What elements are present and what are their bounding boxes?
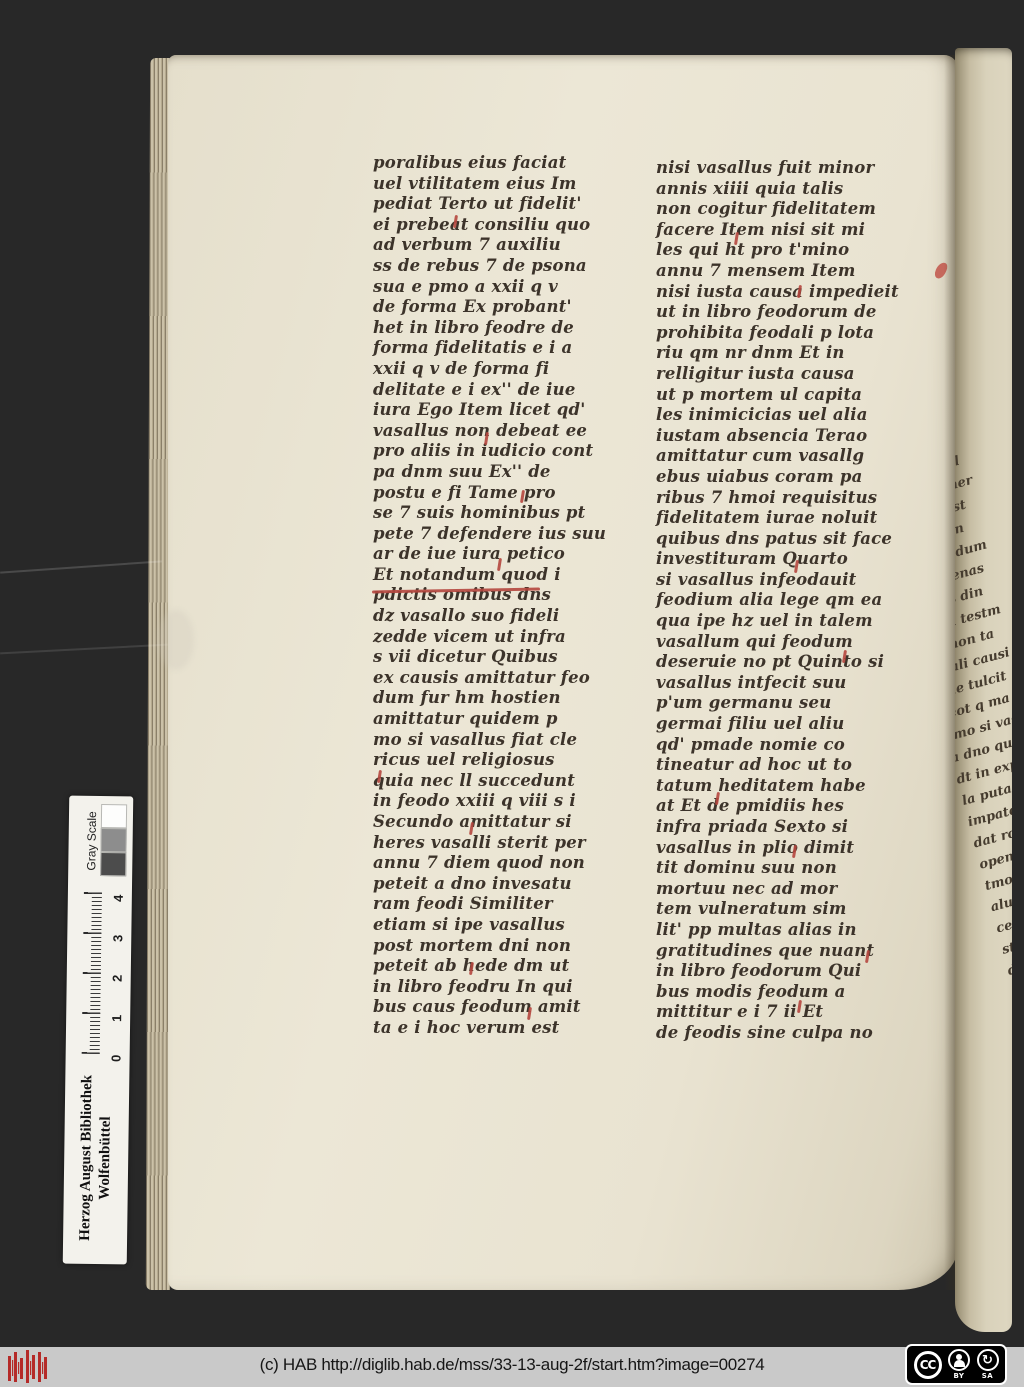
ruler-numbers: 43210 xyxy=(103,878,130,1078)
manuscript-line: germai filiu uel aliu xyxy=(656,714,899,735)
manuscript-line: les qui ht pro t'mino xyxy=(656,240,899,261)
by-label: BY xyxy=(953,1372,964,1380)
manuscript-line: pa dnm suu Ex'' de xyxy=(373,462,606,483)
manuscript-line: mo si vasallus fiat cle xyxy=(373,730,606,751)
manuscript-line: ricus uel religiosus xyxy=(373,750,606,771)
manuscript-line: etiam si ipe vasallus xyxy=(373,915,606,936)
manuscript-line: at Et de pmidiis hes xyxy=(656,796,899,817)
manuscript-line: ex causis amittatur feo xyxy=(373,668,606,689)
manuscript-line: ebus uiabus coram pa xyxy=(656,467,899,488)
manuscript-line: heres vasalli sterit per xyxy=(373,833,606,854)
manuscript-line: de feodis sine culpa no xyxy=(656,1023,899,1044)
manuscript-line: tem vulneratum sim xyxy=(656,899,899,920)
manuscript-line: ei prebeat consiliu quo xyxy=(373,215,606,236)
ruler-scale: 43210 xyxy=(66,888,132,1059)
manuscript-line: dz vasallo suo fideli xyxy=(373,606,606,627)
manuscript-line: post mortem dni non xyxy=(373,936,606,957)
manuscript-right-column: nisi vasallus fuit minorannis xiiii quia… xyxy=(656,158,899,1044)
manuscript-line: amittatur quidem p xyxy=(373,709,606,730)
manuscript-line: nisi iusta causa impedieit xyxy=(656,282,899,303)
grayscale-patches xyxy=(100,804,127,876)
manuscript-line: ut in libro feodorum de xyxy=(656,302,899,323)
manuscript-line: investituram Quarto xyxy=(656,549,899,570)
manuscript-line: poralibus eius faciat xyxy=(373,153,606,174)
manuscript-line: de forma Ex probant' xyxy=(373,297,606,318)
manuscript-line: vasallus in plio dimit xyxy=(656,838,899,859)
manuscript-line: bus caus feodum amit xyxy=(373,997,606,1018)
institution-city: Wolfenbüttel xyxy=(95,1075,116,1241)
share-alike-icon: ↻ xyxy=(977,1349,999,1371)
manuscript-line: amittatur cum vasallg xyxy=(656,446,899,467)
gray-patch-white xyxy=(101,804,127,828)
manuscript-line: ut p mortem ul capita xyxy=(656,385,899,406)
manuscript-line: ta e i hoc verum est xyxy=(373,1018,606,1039)
manuscript-page: poralibus eius faciatuel vtilitatem eius… xyxy=(168,55,958,1290)
manuscript-line: in libro feodru In qui xyxy=(373,977,606,998)
manuscript-line: facere Item nisi sit mi xyxy=(656,220,899,241)
facing-page-edge: amotoadsmo si vasanogauit feorem aut con… xyxy=(955,48,1012,1332)
institution-name: Herzog August Bibliothek xyxy=(76,1075,97,1241)
manuscript-line: ss de rebus 7 de psona xyxy=(373,256,606,277)
manuscript-line: uel vtilitatem eius Im xyxy=(373,174,606,195)
manuscript-line: quia nec ll succedunt xyxy=(373,771,606,792)
manuscript-line: ar de iue iura petico xyxy=(373,544,606,565)
manuscript-left-column: poralibus eius faciatuel vtilitatem eius… xyxy=(373,153,606,1039)
manuscript-line: tatum heditatem habe xyxy=(656,776,899,797)
copyright-caption: (c) HAB http://diglib.hab.de/mss/33-13-a… xyxy=(0,1355,1024,1375)
manuscript-line: vasallus intfecit suu xyxy=(656,673,899,694)
manuscript-line: dum fur hm hostien xyxy=(373,688,606,709)
manuscript-line: quibus dns patus sit face xyxy=(656,529,899,550)
film-glare xyxy=(0,560,162,573)
manuscript-line: annu 7 mensem Item xyxy=(656,261,899,282)
manuscript-line: vasallum qui feodum xyxy=(656,632,899,653)
manuscript-line: mortuu nec ad mor xyxy=(656,879,899,900)
manuscript-line: in libro feodorum Qui xyxy=(656,961,899,982)
manuscript-line: s vii dicetur Quibus xyxy=(373,647,606,668)
manuscript-line: ribus 7 hmoi requisitus xyxy=(656,488,899,509)
manuscript-line: infra priada Sexto si xyxy=(656,817,899,838)
gray-patch-dark xyxy=(100,852,126,876)
hab-logo-icon xyxy=(6,1350,52,1384)
manuscript-line: postu e fi Tame pro xyxy=(373,483,606,504)
manuscript-line: xxii q v de forma fi xyxy=(373,359,606,380)
manuscript-line: se 7 suis hominibus pt xyxy=(373,503,606,524)
manuscript-line: si vasallus infeodauit xyxy=(656,570,899,591)
manuscript-line: relligitur iusta causa xyxy=(656,364,899,385)
manuscript-line: ram feodi Similiter xyxy=(373,894,606,915)
manuscript-line: gratitudines que nuant xyxy=(656,941,899,962)
manuscript-line: annu 7 diem quod non xyxy=(373,853,606,874)
manuscript-line: zedde vicem ut infra xyxy=(373,627,606,648)
gray-patch-mid xyxy=(100,828,126,852)
manuscript-line: les inimicicias uel alia xyxy=(656,405,899,426)
manuscript-line: qua ipe hz uel in talem xyxy=(656,611,899,632)
manuscript-line: vasallus non debeat ee xyxy=(373,421,606,442)
film-clip-glare xyxy=(158,610,194,670)
ruler-number: 4 xyxy=(98,886,138,911)
attribution-person-icon xyxy=(948,1349,970,1371)
manuscript-line: prohibita feodali p lota xyxy=(656,323,899,344)
manuscript-line: tit dominu suu non xyxy=(656,858,899,879)
grayscale-ruler: Gray Scale 43210 Herzog August Bibliothe… xyxy=(63,796,134,1265)
manuscript-line: fidelitatem iurae noluit xyxy=(656,508,899,529)
manuscript-line: annis xiiii quia talis xyxy=(656,179,899,200)
manuscript-line: deseruie no pt Quinto si xyxy=(656,652,899,673)
institution-zone: Herzog August Bibliothek Wolfenbüttel xyxy=(63,1058,130,1259)
manuscript-line: iustam absencia Terao xyxy=(656,426,899,447)
manuscript-line: peteit ab hede dm ut xyxy=(373,956,606,977)
photo-stage: poralibus eius faciatuel vtilitatem eius… xyxy=(0,0,1024,1387)
grayscale-patches-zone: Gray Scale xyxy=(68,802,133,887)
manuscript-line: pro aliis in iudicio cont xyxy=(373,441,606,462)
ruler-number: 3 xyxy=(97,926,137,951)
manuscript-line: forma fidelitatis e i a xyxy=(373,338,606,359)
manuscript-line: in feodo xxiii q viii s i xyxy=(373,791,606,812)
manuscript-line: delitate e i ex'' de iue xyxy=(373,380,606,401)
manuscript-line: iura Ego Item licet qd' xyxy=(373,400,606,421)
grayscale-label: Gray Scale xyxy=(84,796,99,886)
cc-license-badge: CC BY ↻ SA xyxy=(905,1344,1007,1385)
sa-label: SA xyxy=(982,1372,993,1380)
manuscript-line: mittitur e i 7 ii Et xyxy=(656,1002,899,1023)
ruler-number: 2 xyxy=(97,966,137,991)
manuscript-line: peteit a dno invesatu xyxy=(373,874,606,895)
manuscript-line: riu qm nr dnm Et in xyxy=(656,343,899,364)
manuscript-line: Secundo amittatur si xyxy=(373,812,606,833)
manuscript-line: sua e pmo a xxii q v xyxy=(373,277,606,298)
manuscript-line: het in libro feodre de xyxy=(373,318,606,339)
manuscript-line: qd' pmade nomie co xyxy=(656,735,899,756)
ruler-number: 1 xyxy=(96,1006,136,1031)
cc-logo-icon: CC xyxy=(914,1351,942,1379)
manuscript-line: pete 7 defendere ius suu xyxy=(373,524,606,545)
manuscript-line: Et notandum quod i xyxy=(373,565,606,586)
manuscript-line: tineatur ad hoc ut to xyxy=(656,755,899,776)
film-glare xyxy=(0,644,168,655)
manuscript-line: pediat Terto ut fidelit' xyxy=(373,194,606,215)
facing-page-text: amotoadsmo si vasanogauit feorem aut con… xyxy=(955,140,1012,1111)
manuscript-line: non cogitur fidelitatem xyxy=(656,199,899,220)
manuscript-line: feodium alia lege qm ea xyxy=(656,590,899,611)
manuscript-line: bus modis feodum a xyxy=(656,982,899,1003)
manuscript-line: ad verbum 7 auxiliu xyxy=(373,235,606,256)
manuscript-line: p'um germanu seu xyxy=(656,693,899,714)
manuscript-line: nisi vasallus fuit minor xyxy=(656,158,899,179)
manuscript-line: lit' pp multas alias in xyxy=(656,920,899,941)
